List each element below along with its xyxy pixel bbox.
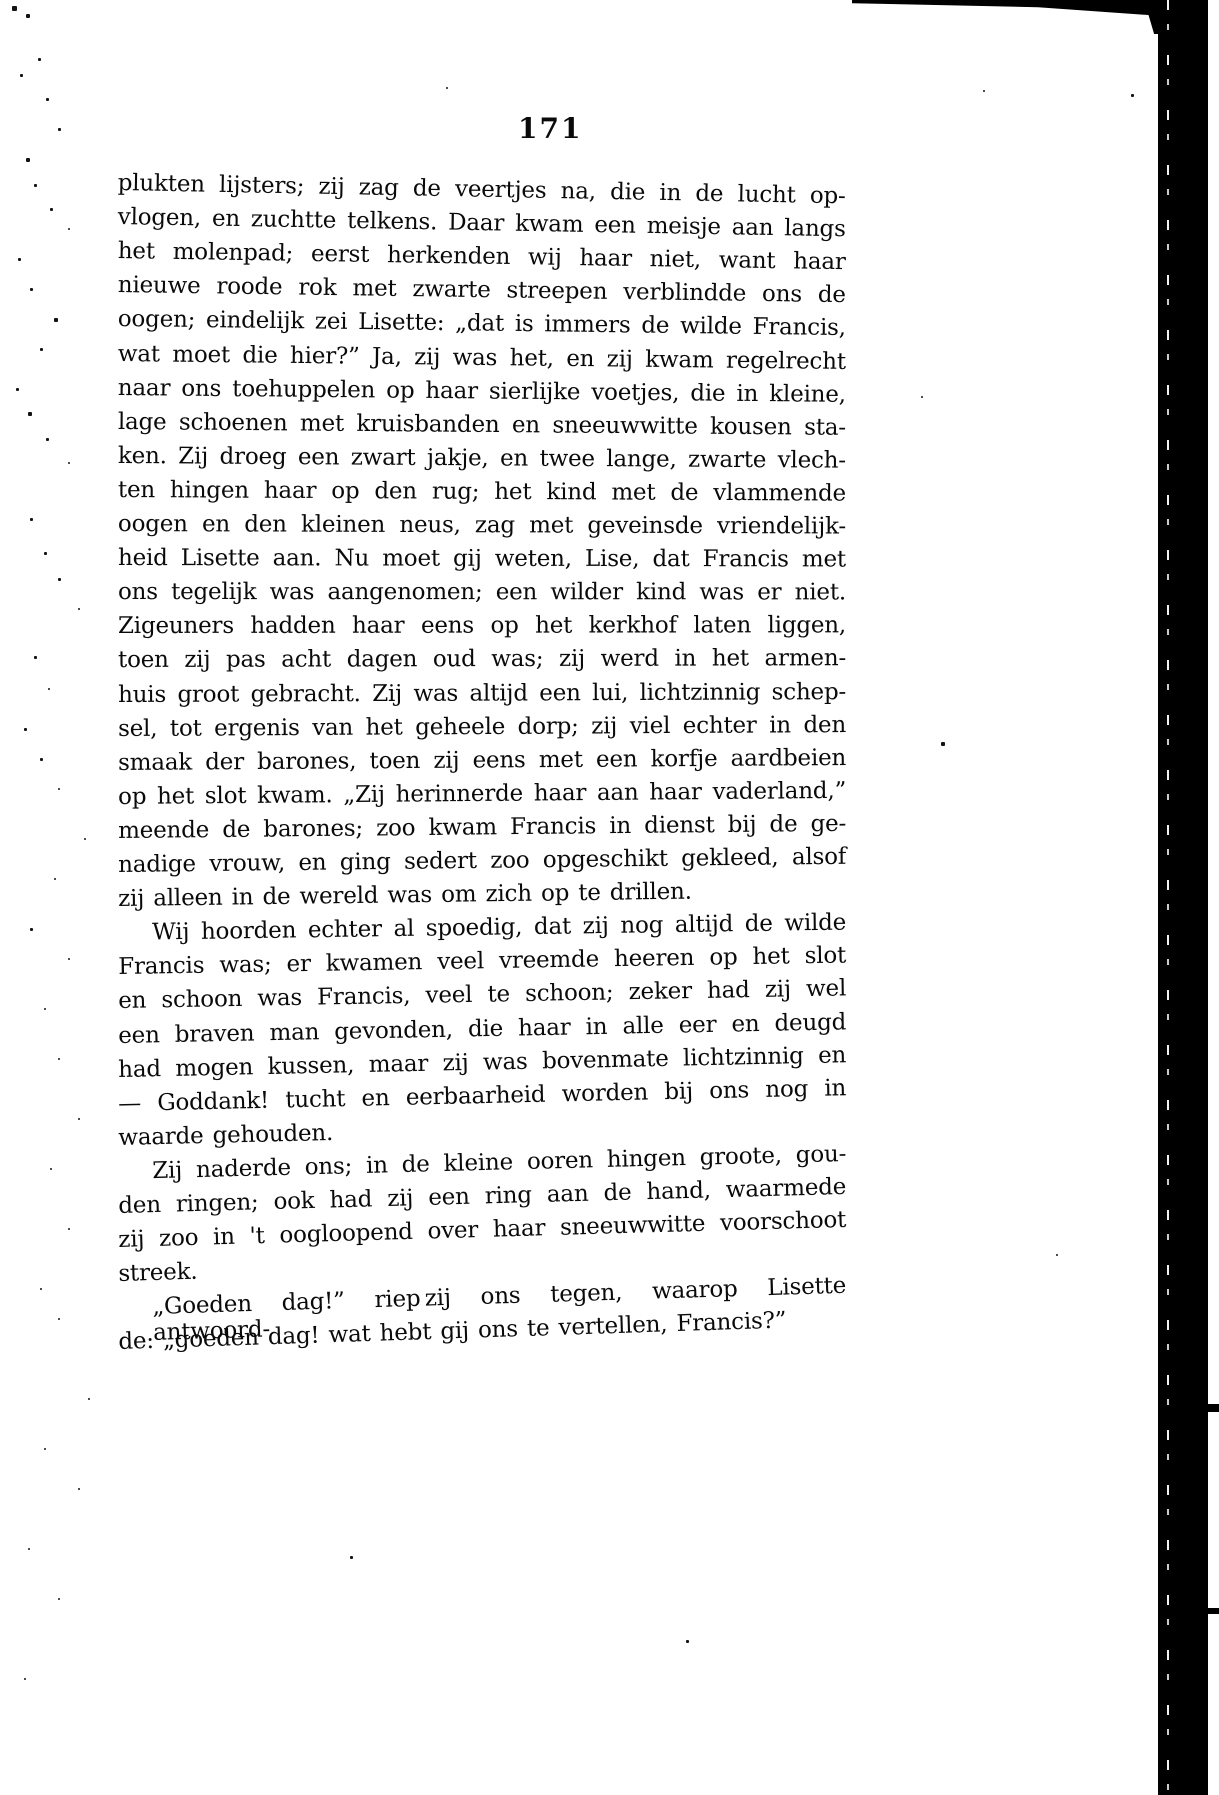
scan-speckle: [24, 1678, 26, 1680]
scanned-book-page: 171 plukten lijsters; zij zag de veertje…: [0, 0, 1219, 1795]
scan-speckle: [44, 552, 47, 555]
scan-speckle: [941, 742, 945, 746]
scan-speckle: [58, 788, 60, 790]
scan-speckle: [50, 208, 53, 211]
scan-speckle: [686, 1640, 689, 1643]
scan-speckle: [18, 258, 21, 261]
scan-speckle: [46, 438, 49, 441]
scan-artifact-tick: [1205, 1404, 1219, 1412]
scan-speckle: [24, 728, 27, 731]
scan-speckle: [44, 1448, 46, 1450]
scan-speckle: [44, 1008, 46, 1010]
scan-speckle: [20, 74, 23, 77]
scan-speckle: [54, 878, 56, 880]
scan-speckle: [40, 758, 43, 761]
scan-speckle: [30, 928, 33, 931]
scan-speckle: [46, 98, 49, 101]
scan-speckle: [78, 1488, 80, 1490]
text-line: toen zij pas acht dagen oud was; zij wer…: [118, 646, 846, 682]
scan-speckle: [58, 1598, 60, 1600]
text-block: plukten lijsters; zij zag de veertjes na…: [118, 0, 846, 1795]
scan-speckle: [26, 158, 30, 162]
scan-speckle: [68, 462, 70, 464]
scan-speckle: [28, 1548, 30, 1550]
text-line: sel, tot ergenis van het geheele dorp; z…: [118, 712, 846, 750]
scan-artifact-right-band: [1158, 0, 1208, 1795]
scan-speckle: [78, 1118, 80, 1120]
scan-speckle: [16, 388, 19, 391]
scan-speckle: [58, 1058, 60, 1060]
scan-artifact-top-wedge: [852, 0, 1162, 16]
scan-speckle: [58, 1318, 60, 1320]
scan-speckle: [1131, 94, 1134, 97]
text-line: lage schoenen met kruisbanden en sneeuww…: [118, 409, 846, 449]
scan-speckle: [28, 412, 32, 416]
scan-speckle: [40, 348, 43, 351]
scan-speckle: [350, 1556, 353, 1559]
text-line: ons tegelijk was aangenomen; een wilder …: [118, 579, 846, 613]
text-line: heid Lisette aan. Nu moet gij weten, Lis…: [118, 545, 846, 580]
scan-speckle: [78, 608, 80, 610]
text-line: ten hingen haar op den rug; het kind met…: [118, 477, 846, 515]
scan-speckle: [50, 1168, 52, 1170]
scan-speckle: [983, 90, 985, 92]
scan-speckle: [30, 518, 33, 521]
scan-speckle: [26, 14, 30, 18]
scan-speckle: [34, 184, 37, 187]
scan-speckle: [30, 288, 33, 291]
text-line: oogen en den kleinen neus, zag met gevei…: [118, 511, 846, 548]
scan-speckle: [34, 656, 37, 659]
scan-speckle: [1056, 1254, 1058, 1256]
text-line: huis groot gebracht. Zij was altijd een …: [118, 679, 846, 716]
scan-speckle: [921, 396, 923, 398]
scan-speckle: [68, 958, 70, 960]
scan-speckle: [40, 1288, 42, 1290]
scan-speckle: [58, 128, 61, 131]
text-line: ken. Zij droeg een zwart jakje, en twee …: [118, 443, 846, 482]
scan-speckle: [84, 838, 86, 840]
scan-speckle: [446, 87, 448, 89]
scan-speckle: [48, 688, 50, 690]
scan-speckle: [58, 578, 61, 581]
scan-speckle: [54, 318, 58, 322]
scan-speckle: [38, 58, 41, 61]
scan-speckle: [88, 1398, 90, 1400]
scan-artifact-band-gap: [1167, 0, 1169, 1795]
scan-speckle: [12, 6, 17, 11]
scan-speckle: [68, 1228, 70, 1230]
scan-artifact-tick: [1205, 1608, 1219, 1614]
text-line: Zigeuners hadden haar eens op het kerkho…: [118, 613, 846, 648]
scan-speckle: [68, 228, 70, 230]
